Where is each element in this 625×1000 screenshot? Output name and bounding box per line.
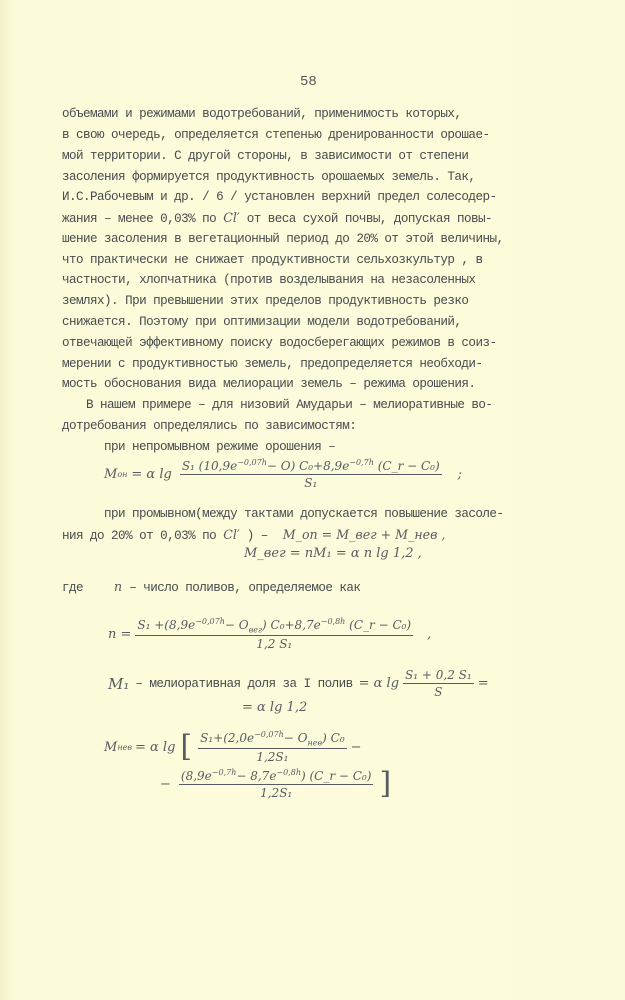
text-line: засоления формируется продуктивность оро… bbox=[62, 170, 475, 184]
numerator-part: ) C₀+8,7e bbox=[262, 618, 321, 632]
formula-subscript: нев bbox=[117, 743, 132, 752]
formula-fraction: S₁ + 0,2 S₁ S bbox=[403, 668, 474, 699]
formula-lhs: M bbox=[104, 467, 117, 482]
numerator-part: (C_r − C₀) bbox=[378, 459, 440, 473]
formula-denominator: S₁ bbox=[304, 475, 317, 490]
formula-fraction: S₁ (10,9e−0,07h− O) C₀+8,9e−0,7h (C_r − … bbox=[180, 458, 442, 490]
exponent: −0,7h bbox=[349, 458, 374, 467]
text-line: снижается. Поэтому при оптимизации модел… bbox=[62, 315, 461, 329]
text-line: дотребования определялись по зависимостя… bbox=[62, 419, 356, 433]
text-fragment: ) – bbox=[247, 529, 268, 543]
formula-text: = α lg 1,2 bbox=[242, 700, 307, 715]
text-line: В нашем примере – для низовий Амударьи –… bbox=[86, 398, 492, 412]
formula-lhs: M₁ bbox=[108, 675, 129, 693]
numerator-part: S₁ +(8,9e bbox=[137, 618, 195, 632]
formula-description: – мелиоративная доля за I полив bbox=[135, 677, 352, 691]
text-fragment: ния до 20% от 0,03% по bbox=[62, 529, 216, 543]
formula-non-flushing: Mон = α lg S₁ (10,9e−0,07h− O) C₀+8,9e−0… bbox=[104, 458, 462, 490]
numerator-part: (C_r − C₀) bbox=[349, 618, 411, 632]
exponent: −0,7h bbox=[212, 768, 237, 777]
formula-numerator: S₁ + 0,2 S₁ bbox=[403, 668, 474, 684]
text-line: в свою очередь, определяется степенью др… bbox=[62, 128, 489, 142]
formula-subscript: он bbox=[117, 470, 127, 479]
subscript: вег bbox=[249, 625, 262, 634]
formula-fraction: S₁+(2,0e−0,07h− Oнев) C₀ 1,2S₁ bbox=[198, 730, 347, 764]
numerator-part: − 8,7e bbox=[236, 769, 276, 783]
formula-denominator: 1,2 S₁ bbox=[256, 636, 292, 651]
text-line: И.С.Рабочевым и др. / 6 / установлен вер… bbox=[62, 190, 496, 204]
text-line: ния до 20% от 0,03% по Cl′ ) – M_оп = M_… bbox=[62, 528, 445, 543]
numerator-part: S₁ (10,9e bbox=[182, 459, 237, 473]
formula-numerator: S₁ (10,9e−0,07h− O) C₀+8,9e−0,7h (C_r − … bbox=[180, 458, 442, 475]
exponent: −0,07h bbox=[254, 730, 284, 739]
formula-symbol: n bbox=[114, 579, 122, 594]
numerator-part: − O bbox=[225, 618, 249, 632]
numerator-part: S₁+(2,0e bbox=[200, 731, 254, 745]
document-page: 58 объемами и режимами водотребований, п… bbox=[0, 0, 625, 1000]
text-line: что практически не снижает продуктивност… bbox=[62, 253, 482, 267]
formula-n: n = S₁ +(8,9e−0,07h− Oвег) C₀+8,7e−0,8h … bbox=[108, 617, 431, 651]
text-fragment: от веса сухой почвы, допуская повы- bbox=[247, 212, 492, 226]
text-fragment: жания – менее 0,03% по bbox=[62, 212, 216, 226]
text-line: объемами и режимами водотребований, прим… bbox=[62, 107, 461, 121]
formula-denominator: S bbox=[434, 684, 442, 699]
text-line: при непромывном режиме орошения – bbox=[104, 440, 335, 454]
formula-m1-line2: = α lg 1,2 bbox=[242, 700, 307, 715]
exponent: −0,8h bbox=[276, 768, 301, 777]
formula-fraction: (8,9e−0,7h− 8,7e−0,8h) (C_r − C₀) 1,2S₁ bbox=[179, 768, 374, 800]
text-line: мерении с продуктивностью земель, предоп… bbox=[62, 357, 482, 371]
numerator-part: − O) C₀+8,9e bbox=[267, 459, 349, 473]
chlorine-symbol: Cl′ bbox=[223, 210, 240, 225]
text-line: жания – менее 0,03% по Cl′ от веса сухой… bbox=[62, 211, 492, 226]
text-line: мой территории. С другой стороны, в зави… bbox=[62, 149, 468, 163]
text-fragment: где bbox=[62, 581, 83, 595]
formula-numerator: S₁+(2,0e−0,07h− Oнев) C₀ bbox=[198, 730, 347, 749]
text-line: землях). При превышении этих пределов пр… bbox=[62, 294, 468, 308]
formula-flushing: M_оп = M_вег + M_нев , bbox=[283, 527, 446, 542]
formula-tail: = bbox=[478, 676, 489, 691]
formula-operator: = α lg bbox=[131, 467, 171, 482]
formula-denominator: 1,2S₁ bbox=[260, 785, 292, 800]
text-line: частности, хлопчатника (против возделыва… bbox=[62, 273, 475, 287]
formula-numerator: S₁ +(8,9e−0,07h− Oвег) C₀+8,7e−0,8h (C_r… bbox=[135, 617, 413, 636]
numerator-part: ) C₀ bbox=[322, 731, 345, 745]
bracket-open: [ bbox=[180, 732, 192, 762]
text-fragment: – число поливов, определяемое как bbox=[129, 581, 360, 595]
bracket-close: ] bbox=[379, 769, 391, 799]
subscript: нев bbox=[307, 738, 322, 747]
formula-text: M_вег = nM₁ = α n lg 1,2 , bbox=[244, 546, 422, 561]
formula-vegetation: M_вег = nM₁ = α n lg 1,2 , bbox=[244, 546, 422, 561]
text-line: при промывном(между тактами допускается … bbox=[104, 507, 503, 521]
formula-tail: , bbox=[427, 627, 431, 642]
numerator-part: (8,9e bbox=[181, 769, 212, 783]
numerator-part: − O bbox=[284, 731, 308, 745]
formula-m-nev-line2: − (8,9e−0,7h− 8,7e−0,8h) (C_r − C₀) 1,2S… bbox=[160, 768, 393, 800]
formula-operator: − bbox=[160, 777, 171, 792]
formula-lhs: M bbox=[104, 740, 117, 755]
formula-numerator: (8,9e−0,7h− 8,7e−0,8h) (C_r − C₀) bbox=[179, 768, 374, 785]
numerator-part: ) (C_r − C₀) bbox=[301, 769, 371, 783]
formula-lhs: n = bbox=[108, 627, 131, 642]
formula-m1: M₁ – мелиоративная доля за I полив = α l… bbox=[108, 668, 489, 699]
text-line: отвечающей эффективному поиску водосбере… bbox=[62, 336, 496, 350]
formula-operator: = α lg bbox=[135, 740, 175, 755]
chlorine-symbol: Cl′ bbox=[223, 527, 240, 542]
exponent: −0,8h bbox=[321, 617, 346, 626]
exponent: −0,07h bbox=[237, 458, 267, 467]
formula-fraction: S₁ +(8,9e−0,07h− Oвег) C₀+8,7e−0,8h (C_r… bbox=[135, 617, 413, 651]
text-line: мость обоснования вида мелиорации земель… bbox=[62, 377, 475, 391]
formula-tail: ; bbox=[458, 467, 462, 482]
formula-operator: − bbox=[351, 740, 362, 755]
formula-denominator: 1,2S₁ bbox=[256, 749, 288, 764]
text-line: шение засоления в вегетационный период д… bbox=[62, 232, 503, 246]
formula-m-nev: Mнев = α lg [ S₁+(2,0e−0,07h− Oнев) C₀ 1… bbox=[104, 730, 362, 764]
text-line: где n – число поливов, определяемое как bbox=[62, 580, 360, 595]
formula-operator: = α lg bbox=[359, 676, 399, 691]
exponent: −0,07h bbox=[195, 617, 225, 626]
page-number: 58 bbox=[300, 74, 317, 90]
